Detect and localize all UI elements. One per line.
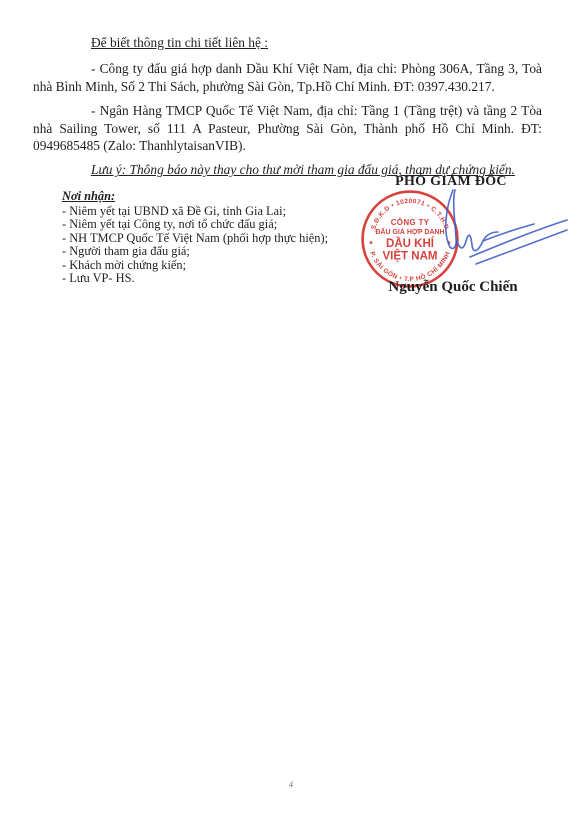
contact-section: Để biết thông tin chi tiết liên hệ : - C…	[33, 34, 542, 179]
recipient-item: - Niêm yết tại UBND xã Đề Gi, tỉnh Gia L…	[62, 205, 328, 219]
handwritten-signature	[436, 183, 576, 277]
page-number: 4	[289, 780, 293, 789]
stamp-star-icon: ★	[368, 240, 373, 247]
recipient-item: - Khách mời chứng kiến;	[62, 259, 328, 273]
recipient-item: - Niêm yết tại Công ty, nơi tổ chức đấu …	[62, 218, 328, 232]
signer-name: Nguyễn Quốc Chiến	[340, 279, 566, 296]
recipients-heading: Nơi nhận:	[62, 190, 328, 204]
stamp-line-2: ĐẤU GIÁ HỢP DANH	[375, 226, 444, 236]
recipients-block: Nơi nhận: - Niêm yết tại UBND xã Đề Gi, …	[62, 190, 328, 286]
signature-strokes	[446, 190, 567, 264]
document-page: Để biết thông tin chi tiết liên hệ : - C…	[0, 0, 578, 814]
stamp-line-3: DẦU KHÍ	[386, 237, 435, 250]
bank-address: - Ngân Hàng TMCP Quốc Tế Việt Nam, địa c…	[33, 102, 542, 154]
stamp-line-1: CÔNG TY	[391, 218, 430, 227]
recipient-item: - Người tham gia đấu giá;	[62, 245, 328, 259]
recipient-item: - Lưu VP- HS.	[62, 272, 328, 286]
stamp-line-4: VIỆT NAM	[383, 250, 438, 263]
contact-heading: Để biết thông tin chi tiết liên hệ :	[33, 34, 542, 51]
recipient-item: - NH TMCP Quốc Tế Việt Nam (phối hợp thự…	[62, 232, 328, 246]
auction-company-address: - Công ty đấu giá hợp danh Dầu Khí Việt …	[33, 60, 542, 95]
